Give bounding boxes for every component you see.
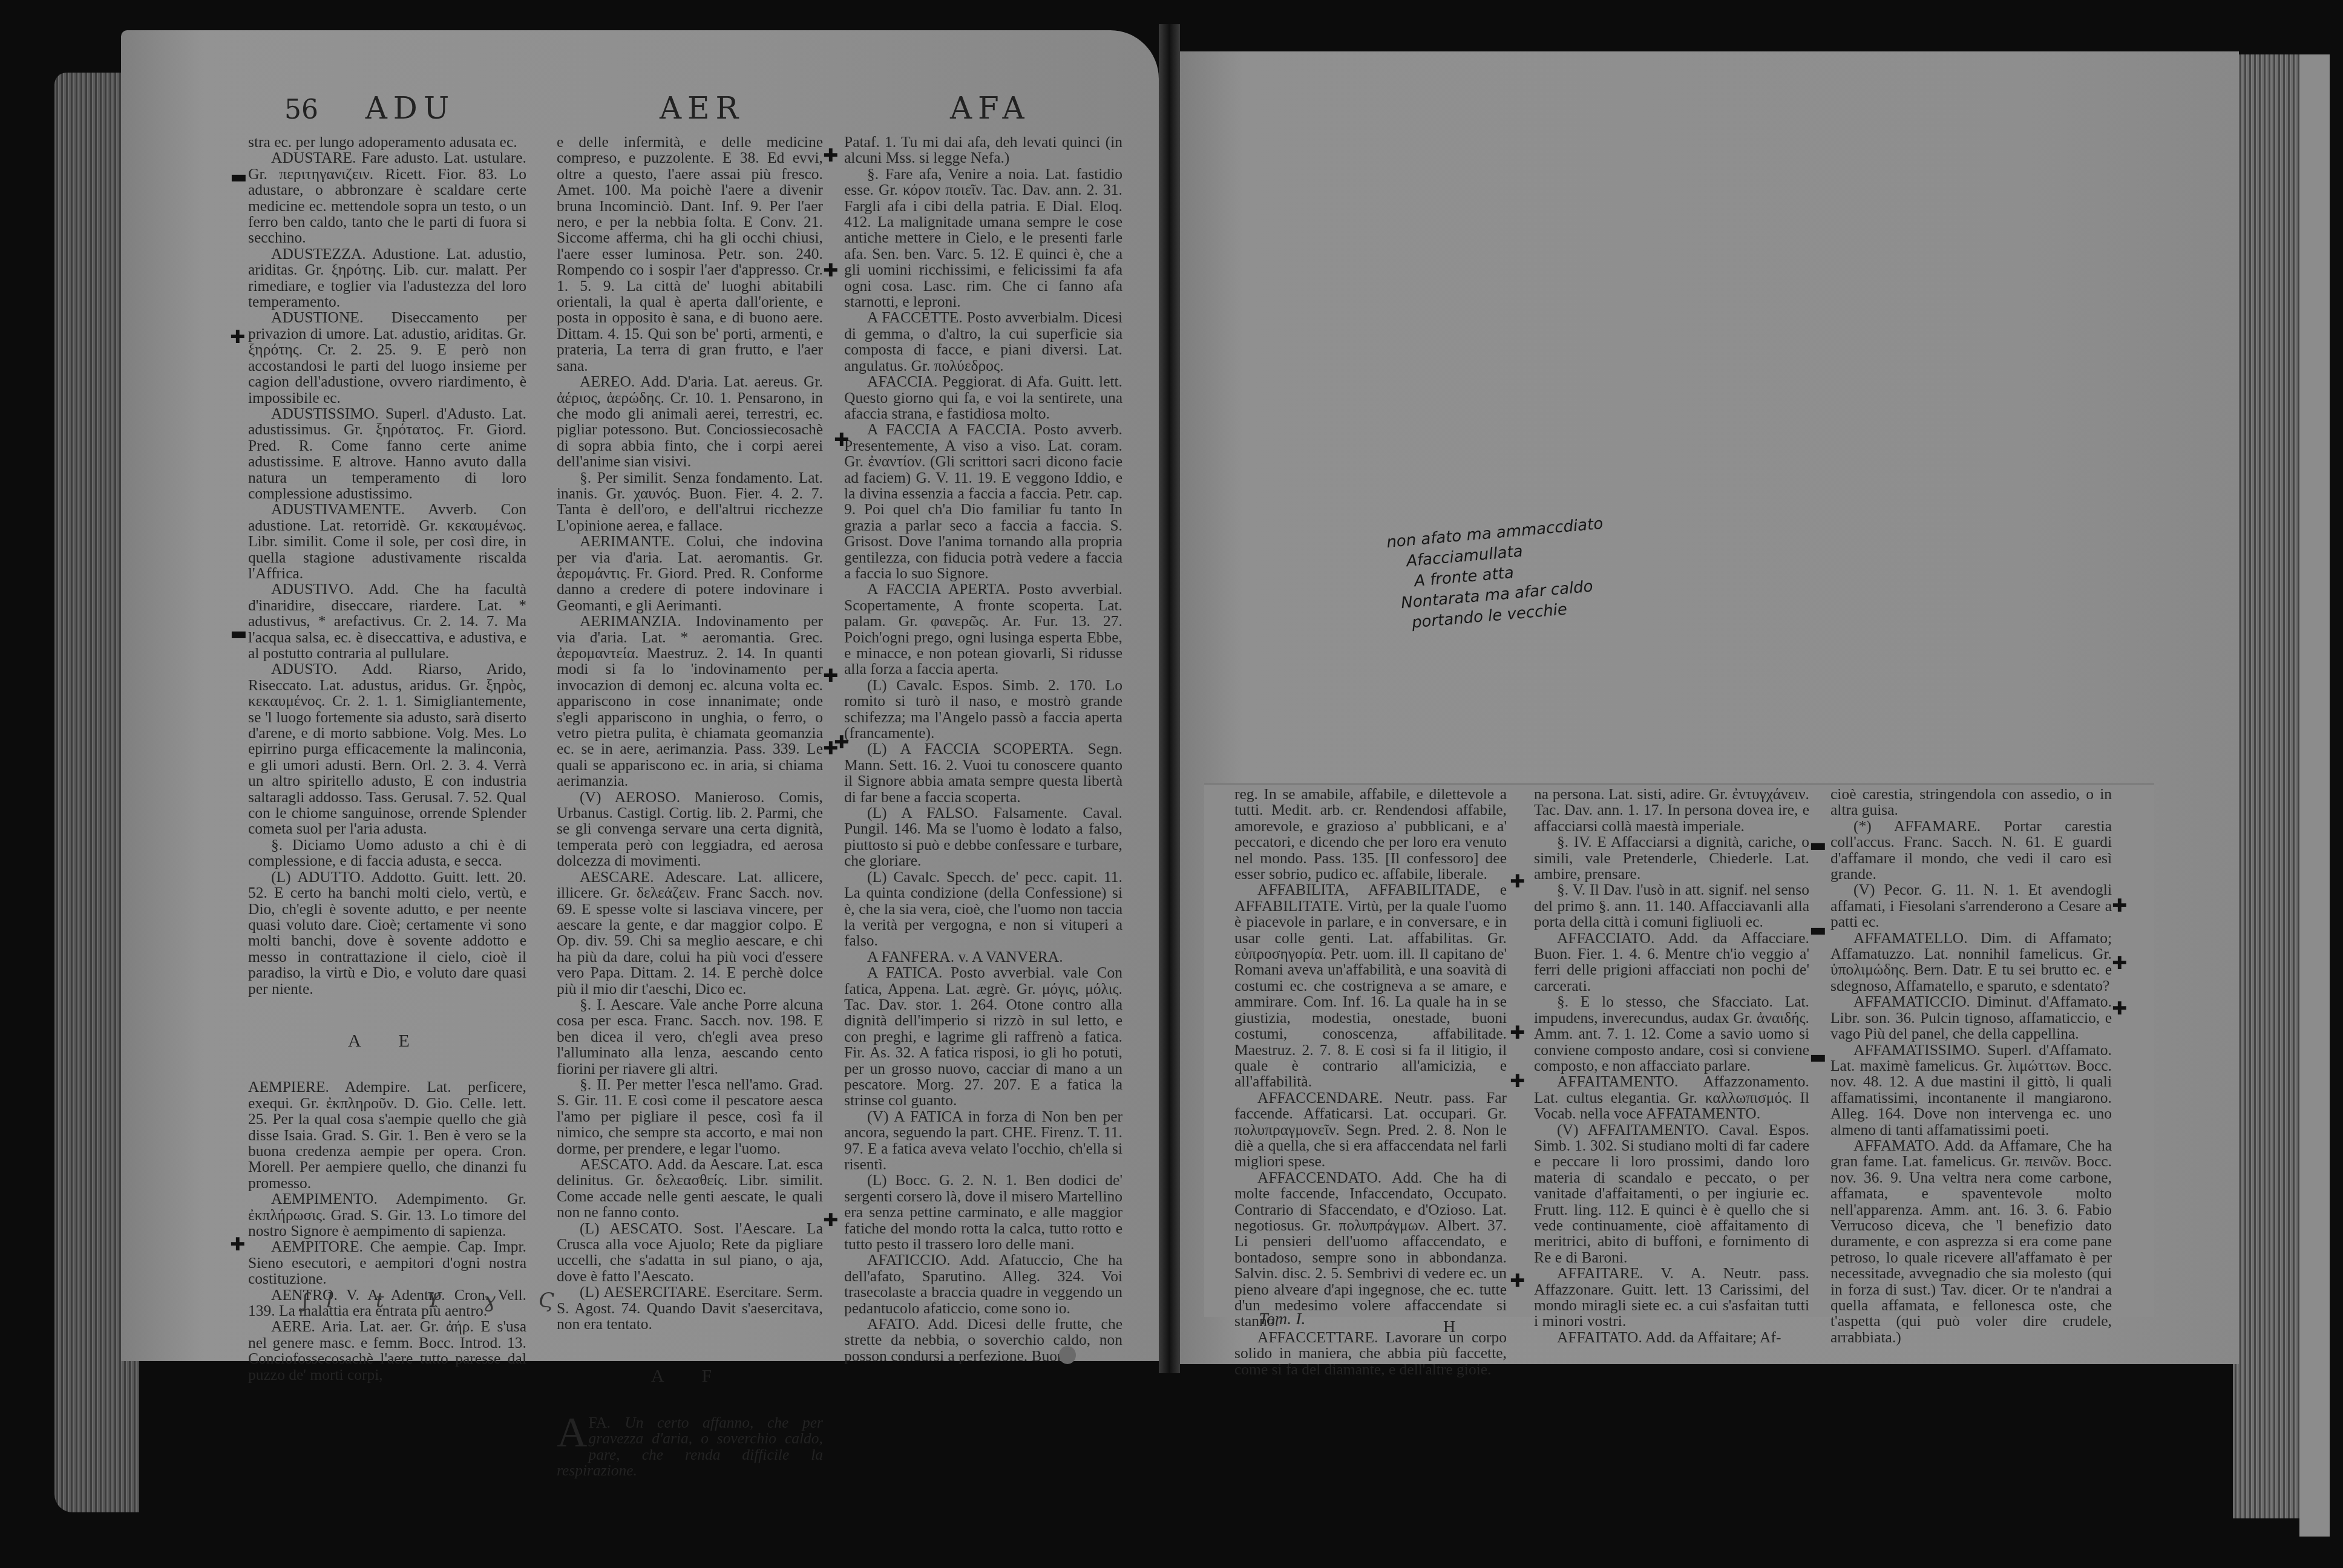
running-header-left: 56 ADU [284, 91, 455, 127]
entry-adutto: (L) ADUTTO. Addotto. Guitt. lett. 20. 52… [248, 869, 526, 997]
entry-afaticcio: AFATICCIO. Add. Afatuccio, Che ha dell'a… [844, 1252, 1122, 1316]
left-column-1: stra ec. per lungo adoperamento adusata … [248, 134, 526, 1383]
ink-stain [1059, 1346, 1076, 1364]
left-column-2: e delle infermità, e delle medicine comp… [557, 134, 823, 1479]
margin-dash-mark: ▬ [1809, 920, 1826, 941]
margin-cross-mark: ✚ [823, 260, 838, 281]
entry-adustezza: ADUSTEZZA. Adustione. Lat. adustio, arid… [248, 246, 526, 310]
section-heading-af: A F [557, 1368, 823, 1384]
entry-aempitore: AEMPITORE. Che aempie. Cap. Impr. Sieno … [248, 1239, 526, 1287]
margin-cross-mark: ✚ [1510, 1022, 1525, 1044]
margin-cross-mark: ✚ [2112, 895, 2127, 916]
entry-affaitamento-v: (V) AFFAITAMENTO. Caval. Espos. Simb. 1.… [1534, 1122, 1809, 1266]
slip-column-3: cioè carestia, stringendola con assedio,… [1830, 786, 2112, 1345]
entry-affacciarsi-v: §. V. Il Dav. l'usò in att. signif. nel … [1534, 882, 1809, 930]
entry-adusto-sub: §. Diciamo Uomo adusto a chi è di comple… [248, 837, 526, 869]
margin-dash-mark: ▬ [1809, 835, 1826, 856]
margin-cross-mark: ✚ [823, 145, 838, 166]
entry-adustivamente: ADUSTIVAMENTE. Avverb. Con adustione. La… [248, 501, 526, 581]
entry-a-fatica-l: (L) Bocc. G. 2. N. 1. Ben dodici de' ser… [844, 1172, 1122, 1252]
slip-column-2: na persona. Lat. sisti, adire. Gr. ἐντυγ… [1534, 786, 1809, 1345]
entry-affaccendato: AFFACCENDATO. Add. Che ha di molte facce… [1234, 1170, 1507, 1330]
margin-cross-mark: ✚ [823, 665, 838, 687]
entry-affacciarsi-cont: na persona. Lat. sisti, adire. Gr. ἐντυγ… [1534, 786, 1809, 834]
entry-afa-cont: Pataf. 1. Tu mi dai afa, deh levati quin… [844, 134, 1122, 166]
entry-aempimento: AEMPIMENTO. Adempimento. Gr. ἐκπλήρωσις.… [248, 1191, 526, 1239]
entry-adusto: ADUSTO. Add. Riarso, Arido, Riseccato. L… [248, 661, 526, 837]
entry-afato: AFATO. Add. Dicesi delle frutte, che str… [844, 1316, 1122, 1364]
entry-aescare-sub-1: §. I. Aescare. Vale anche Porre alcuna c… [557, 997, 823, 1077]
entry-a-faccia-aperta: A FACCIA APERTA. Posto avverbial. Scoper… [844, 581, 1122, 677]
entry-adustivo: ADUSTIVO. Add. Che ha facultà d'inaridir… [248, 581, 526, 661]
margin-dash-mark: ▬ [230, 166, 247, 188]
left-column-3: Pataf. 1. Tu mi dai afa, deh levati quin… [844, 134, 1122, 1364]
entry-aescato: AESCATO. Add. da Aescare. Lat. esca deli… [557, 1157, 823, 1221]
guide-word-right: AFA [950, 91, 1031, 127]
entry-afa: AFA. Un certo affanno, che per gravezza … [557, 1415, 823, 1479]
margin-cross-mark: ✚ [834, 430, 849, 451]
margin-cross-mark: ✚ [2112, 998, 2127, 1019]
margin-cross-mark: ✚ [1510, 1270, 1525, 1292]
entry-aescare: AESCARE. Adescare. Lat. allicere, illice… [557, 869, 823, 997]
drop-cap: A [557, 1415, 588, 1451]
book-gutter [1159, 24, 1180, 1373]
volume-footer: Tom. I. [1259, 1310, 1306, 1329]
margin-dash-mark: ▬ [230, 623, 247, 644]
entry-a-faccette: A FACCETTE. Posto avverbialm. Dicesi di … [844, 310, 1122, 374]
entry-a-fanfera: A FANFERA. v. A VANVERA. [844, 949, 1122, 965]
entry-a-faccia-aperta-l: (L) Cavalc. Espos. Simb. 2. 170. Lo romi… [844, 678, 1122, 742]
page-number: 56 [284, 94, 318, 125]
entry-aerimanzia: AERIMANZIA. Indovinamento per via d'aria… [557, 613, 823, 789]
entry-aescare-sub-2: §. II. Per metter l'esca nell'amo. Grad.… [557, 1077, 823, 1157]
entry-aeroso: (V) AEROSO. Manieroso. Comis, Urbanus. C… [557, 789, 823, 869]
entry-aesercitare: (L) AESERCITARE. Esercitare. Serm. S. Ag… [557, 1284, 823, 1332]
margin-dash-mark: ▬ [1809, 1047, 1826, 1068]
entry-aereo: AEREO. Add. D'aria. Lat. aereus. Gr. ἀέρ… [557, 374, 823, 469]
handwritten-note: non afato ma ammaccdiato Afacciamullata … [1386, 514, 1611, 635]
signature-mark: H [1443, 1318, 1455, 1337]
entry-affaitamento: AFFAITAMENTO. Affazzonamento. Lat. cultu… [1534, 1074, 1809, 1122]
entry-affamaticcio: AFFAMATICCIO. Diminut. d'Affamato. Libr.… [1830, 994, 2112, 1042]
slip-column-1: reg. In se amabile, affabile, e dilettev… [1234, 786, 1507, 1377]
entry-affamatissimo: AFFAMATISSIMO. Superl. d'Affamato. Lat. … [1830, 1042, 2112, 1138]
entry-affaccettare: AFFACCETTARE. Lavorare un corpo solido i… [1234, 1330, 1507, 1377]
entry-affamare-v: (V) Pecor. G. 11. N. 1. Et avendogli aff… [1830, 882, 2112, 930]
entry-aempiere: AEMPIERE. Adempire. Lat. perficere, exeq… [248, 1079, 526, 1191]
entry-affamare: (*) AFFAMARE. Portar carestia coll'accus… [1830, 818, 2112, 883]
guide-word-center: AER [660, 91, 744, 127]
section-heading-ae: A E [248, 1033, 526, 1049]
entry-afaccia: AFACCIA. Peggiorat. di Afa. Guitt. lett.… [844, 374, 1122, 422]
entry-adustare: ADUSTARE. Fare adusto. Lat. ustulare. Gr… [248, 150, 526, 246]
entry-affaitare: AFFAITARE. V. A. Neutr. pass. Affazzonar… [1534, 1266, 1809, 1330]
entry-affacciato-sub: §. E lo stesso, che Sfacciato. Lat. impu… [1534, 994, 1809, 1074]
margin-cross-mark: ✚ [1510, 1071, 1525, 1092]
entry-affabile-cont: reg. In se amabile, affabile, e dilettev… [1234, 786, 1507, 882]
entry-affaitato: AFFAITATO. Add. da Affaitare; Af- [1534, 1330, 1809, 1345]
entry-affacciato: AFFACCIATO. Add. da Affacciare. Buon. Fi… [1534, 930, 1809, 995]
entry-a-fatica-v: (V) A FATICA in forza di Non ben per anc… [844, 1109, 1122, 1173]
entry-adustissimo: ADUSTISSIMO. Superl. d'Adusto. Lat. adus… [248, 406, 526, 501]
headword-afa: FA [589, 1414, 608, 1431]
entry-fare-afa: §. Fare afa, Venire a noia. Lat. fastidi… [844, 166, 1122, 310]
entry-affamatello: AFFAMATELLO. Dim. di Affamato; Affamatuz… [1830, 930, 2112, 995]
entry-affaccendare: AFFACCENDARE. Neutr. pass. Far faccende.… [1234, 1090, 1507, 1170]
entry-aereo-sub: §. Per similit. Senza fondamento. Lat. i… [557, 470, 823, 534]
margin-cross-mark: ✚ [230, 1234, 245, 1255]
entry-aere: AERE. Aria. Lat. aer. Gr. ἀήρ. E s'usa n… [248, 1319, 526, 1383]
entry-affacciarsi-iv: §. IV. E Affacciarsi a dignità, cariche,… [1534, 834, 1809, 882]
pencil-scribble: ʃl t Y ɣ Ϛ [303, 1289, 572, 1313]
entry-aescato-sost: (L) AESCATO. Sost. l'Aescare. La Crusca … [557, 1221, 823, 1285]
book-cover-edge [2299, 54, 2330, 1537]
entry-affamare-cont: cioè carestia, stringendola con assedio,… [1830, 786, 2112, 818]
guide-word-left: ADU [365, 91, 455, 126]
entry-a-fatica: A FATICA. Posto avverbial. vale Con fati… [844, 965, 1122, 1109]
entry-a-faccia-scoperta: (L) A FACCIA SCOPERTA. Segn. Mann. Sett.… [844, 741, 1122, 805]
entry-aerimante: AERIMANTE. Colui, che indovina per via d… [557, 534, 823, 613]
entry-a-falso-l: (L) Cavalc. Specch. de' pecc. capit. 11.… [844, 869, 1122, 949]
margin-cross-mark: ✚ [230, 327, 245, 348]
margin-cross-mark: ✚ [834, 732, 849, 753]
entry-a-falso: (L) A FALSO. Falsamente. Caval. Pungil. … [844, 805, 1122, 869]
entry-a-faccia-a-faccia: A FACCIA A FACCIA. Posto avverb. Present… [844, 422, 1122, 581]
entry-aere-cont: e delle infermità, e delle medicine comp… [557, 134, 823, 374]
margin-cross-mark: ✚ [823, 1210, 838, 1231]
entry-adustione: ADUSTIONE. Diseccamento per privazion di… [248, 310, 526, 405]
entry-text: stra ec. per lungo adoperamento adusata … [248, 134, 526, 150]
entry-affabilita: AFFABILITA, AFFABILITADE, e AFFABILITATE… [1234, 882, 1507, 1089]
margin-cross-mark: ✚ [2112, 953, 2127, 974]
margin-cross-mark: ✚ [1510, 871, 1525, 892]
entry-affamato: AFFAMATO. Add. da Affamare, Che ha gran … [1830, 1138, 2112, 1345]
